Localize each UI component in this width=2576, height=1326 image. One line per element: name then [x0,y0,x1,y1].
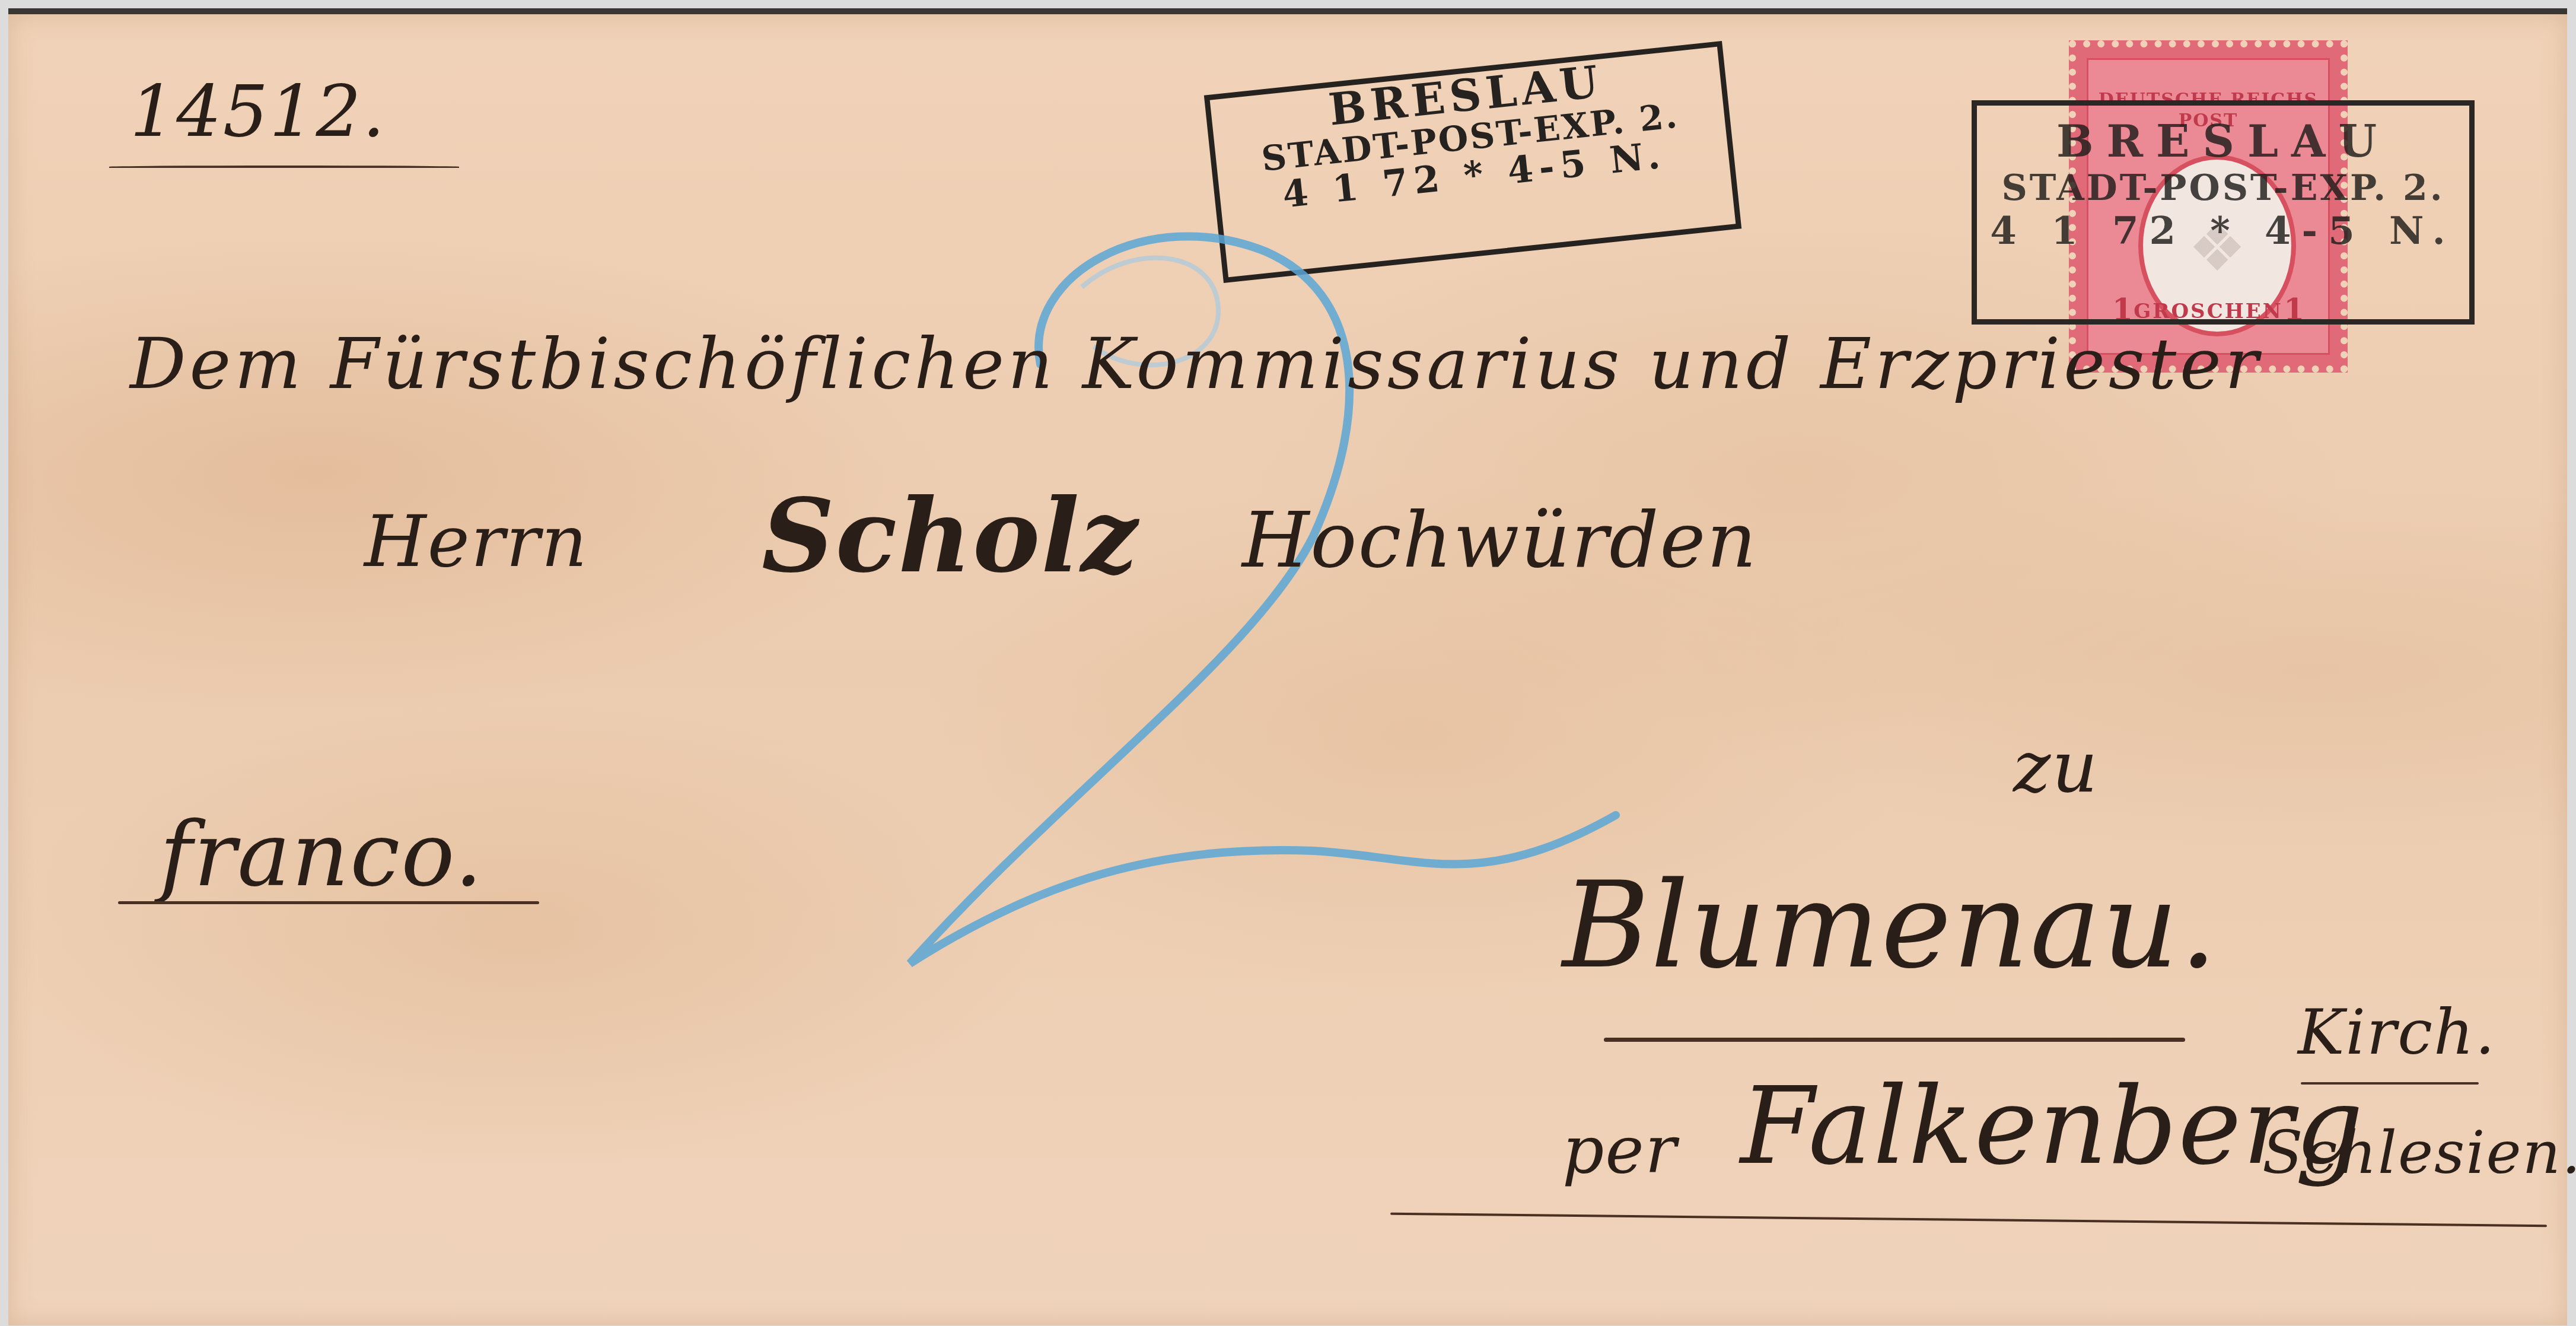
register-number-underline [109,166,459,168]
bottom-rule [1390,1213,2547,1227]
destination-underline [1604,1038,2185,1042]
register-number: 14512. [130,71,386,153]
address-salutation: Herrn [364,501,588,583]
postmark-right-city: BRESLAU [1977,116,2469,167]
addressee-name: Scholz [762,477,1139,596]
franco-note: franco. [160,803,484,907]
postmark-right-office: STADT-POST-EXP. 2. [1977,167,2469,209]
destination-town: Blumenau. [1562,857,2218,995]
envelope: 14512. BRESLAU STADT-POST-EXP. 2. 4 1 72… [8,8,2567,1325]
postmark-right-date: 4 1 72 * 4-5 N. [1977,209,2469,253]
addressee-title: Hochwürden [1242,495,1757,585]
region-note: Schlesien. [2262,1118,2576,1187]
franco-underline [118,901,539,904]
postmark-right: BRESLAU STADT-POST-EXP. 2. 4 1 72 * 4-5 … [1972,100,2475,325]
preposition-zu: zu [2013,726,2099,809]
via-prefix: per [1562,1112,1677,1188]
address-line-1: Dem Fürstbischöflichen Kommissarius und … [130,323,2262,405]
kirch-note: Kirch. [2298,996,2496,1069]
